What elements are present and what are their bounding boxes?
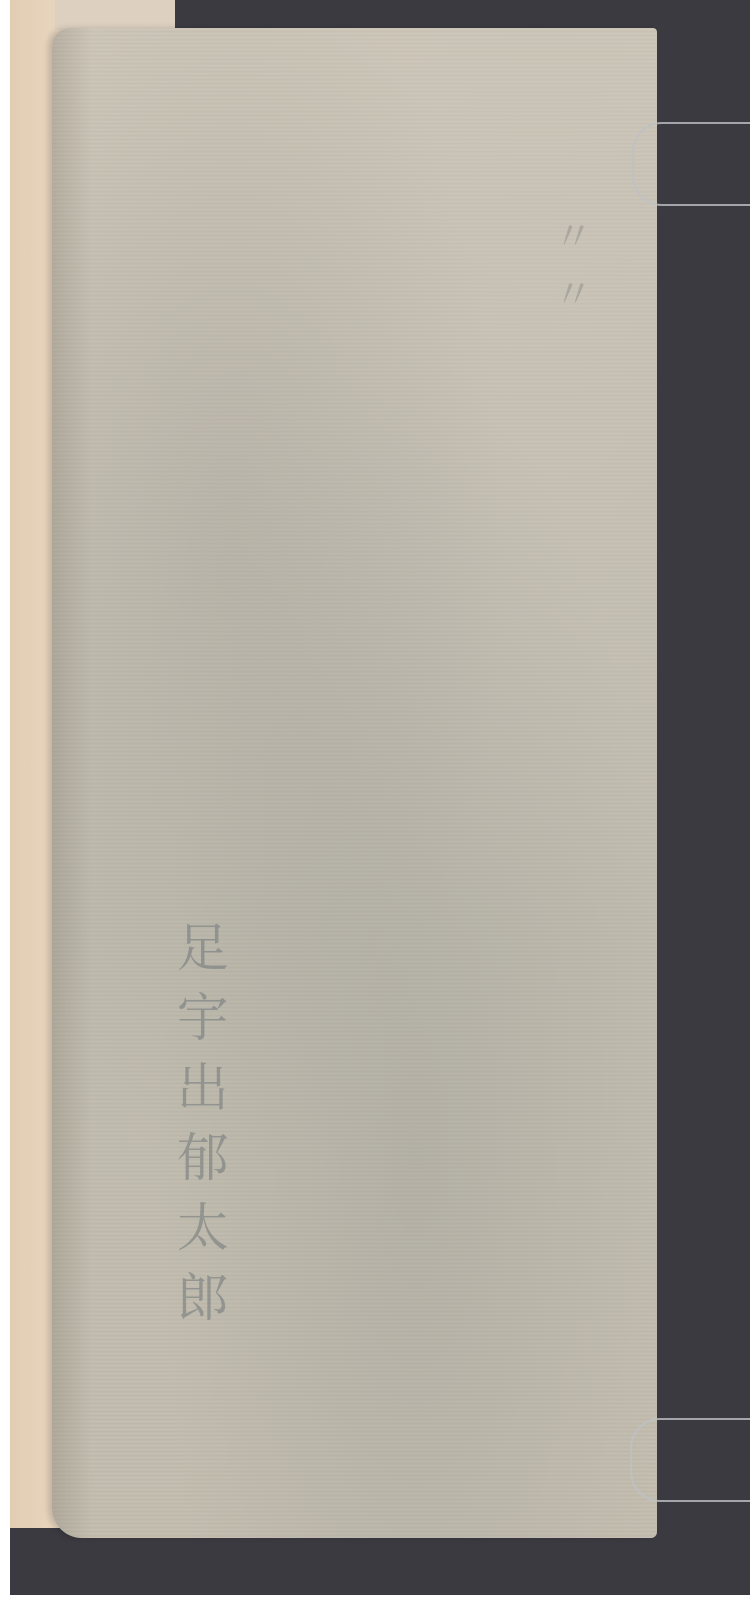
scan-margin-left	[0, 0, 10, 1605]
scan-margin-bottom	[0, 1595, 750, 1605]
paper-clip-bottom	[630, 1418, 750, 1502]
faint-inscription-top-right: 〃〃	[548, 215, 592, 331]
faint-vertical-inscription: 足宇出郁太郎	[168, 920, 225, 1340]
underlying-page-top-edge	[55, 0, 175, 30]
paper-clip-top	[632, 122, 750, 206]
fold-shadow	[52, 28, 92, 1538]
